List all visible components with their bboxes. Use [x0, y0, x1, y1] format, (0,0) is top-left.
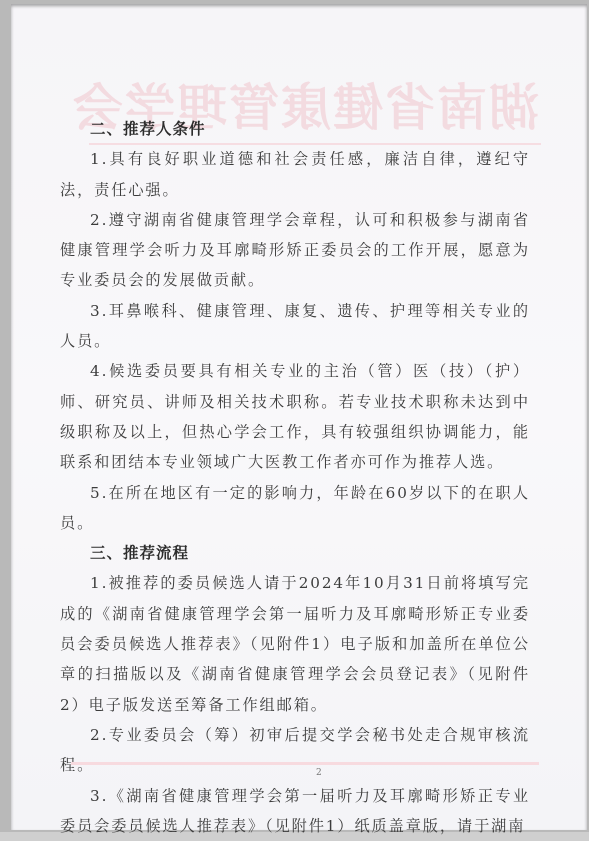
document-body: 二、推荐人条件 1.具有良好职业道德和社会责任感，廉洁自律，遵纪守法，责任心强。… [60, 114, 530, 832]
paragraph: 3.《湖南省健康管理学会第一届听力及耳廓畸形矫正专业委员会委员候选人推荐表》（见… [60, 781, 530, 832]
footer-rule [71, 762, 539, 765]
document-page: 湖南省健康管理学会 二、推荐人条件 1.具有良好职业道德和社会责任感，廉洁自律，… [11, 4, 587, 830]
section-heading-recommender-conditions: 二、推荐人条件 [60, 114, 530, 144]
paragraph: 5.在所在地区有一定的影响力，年龄在60岁以下的在职人员。 [60, 478, 530, 539]
paragraph: 2.遵守湖南省健康管理学会章程，认可和积极参与湖南省健康管理学会听力及耳廓畸形矫… [60, 205, 530, 296]
paragraph: 1.具有良好职业道德和社会责任感，廉洁自律，遵纪守法，责任心强。 [60, 144, 530, 205]
scan-frame: 湖南省健康管理学会 二、推荐人条件 1.具有良好职业道德和社会责任感，廉洁自律，… [0, 0, 589, 832]
paragraph: 4.候选委员要具有相关专业的主治（管）医（技）（护）师、研究员、讲师及相关技术职… [60, 356, 530, 477]
paragraph: 2.专业委员会（筹）初审后提交学会秘书处走合规审核流程。 [60, 720, 530, 781]
section-heading-recommendation-process: 三、推荐流程 [60, 538, 530, 568]
paragraph: 3.耳鼻喉科、健康管理、康复、遗传、护理等相关专业的人员。 [60, 296, 530, 357]
paragraph: 1.被推荐的委员候选人请于2024年10月31日前将填写完成的《湖南省健康管理学… [60, 568, 530, 719]
page-number: 2 [316, 768, 322, 778]
